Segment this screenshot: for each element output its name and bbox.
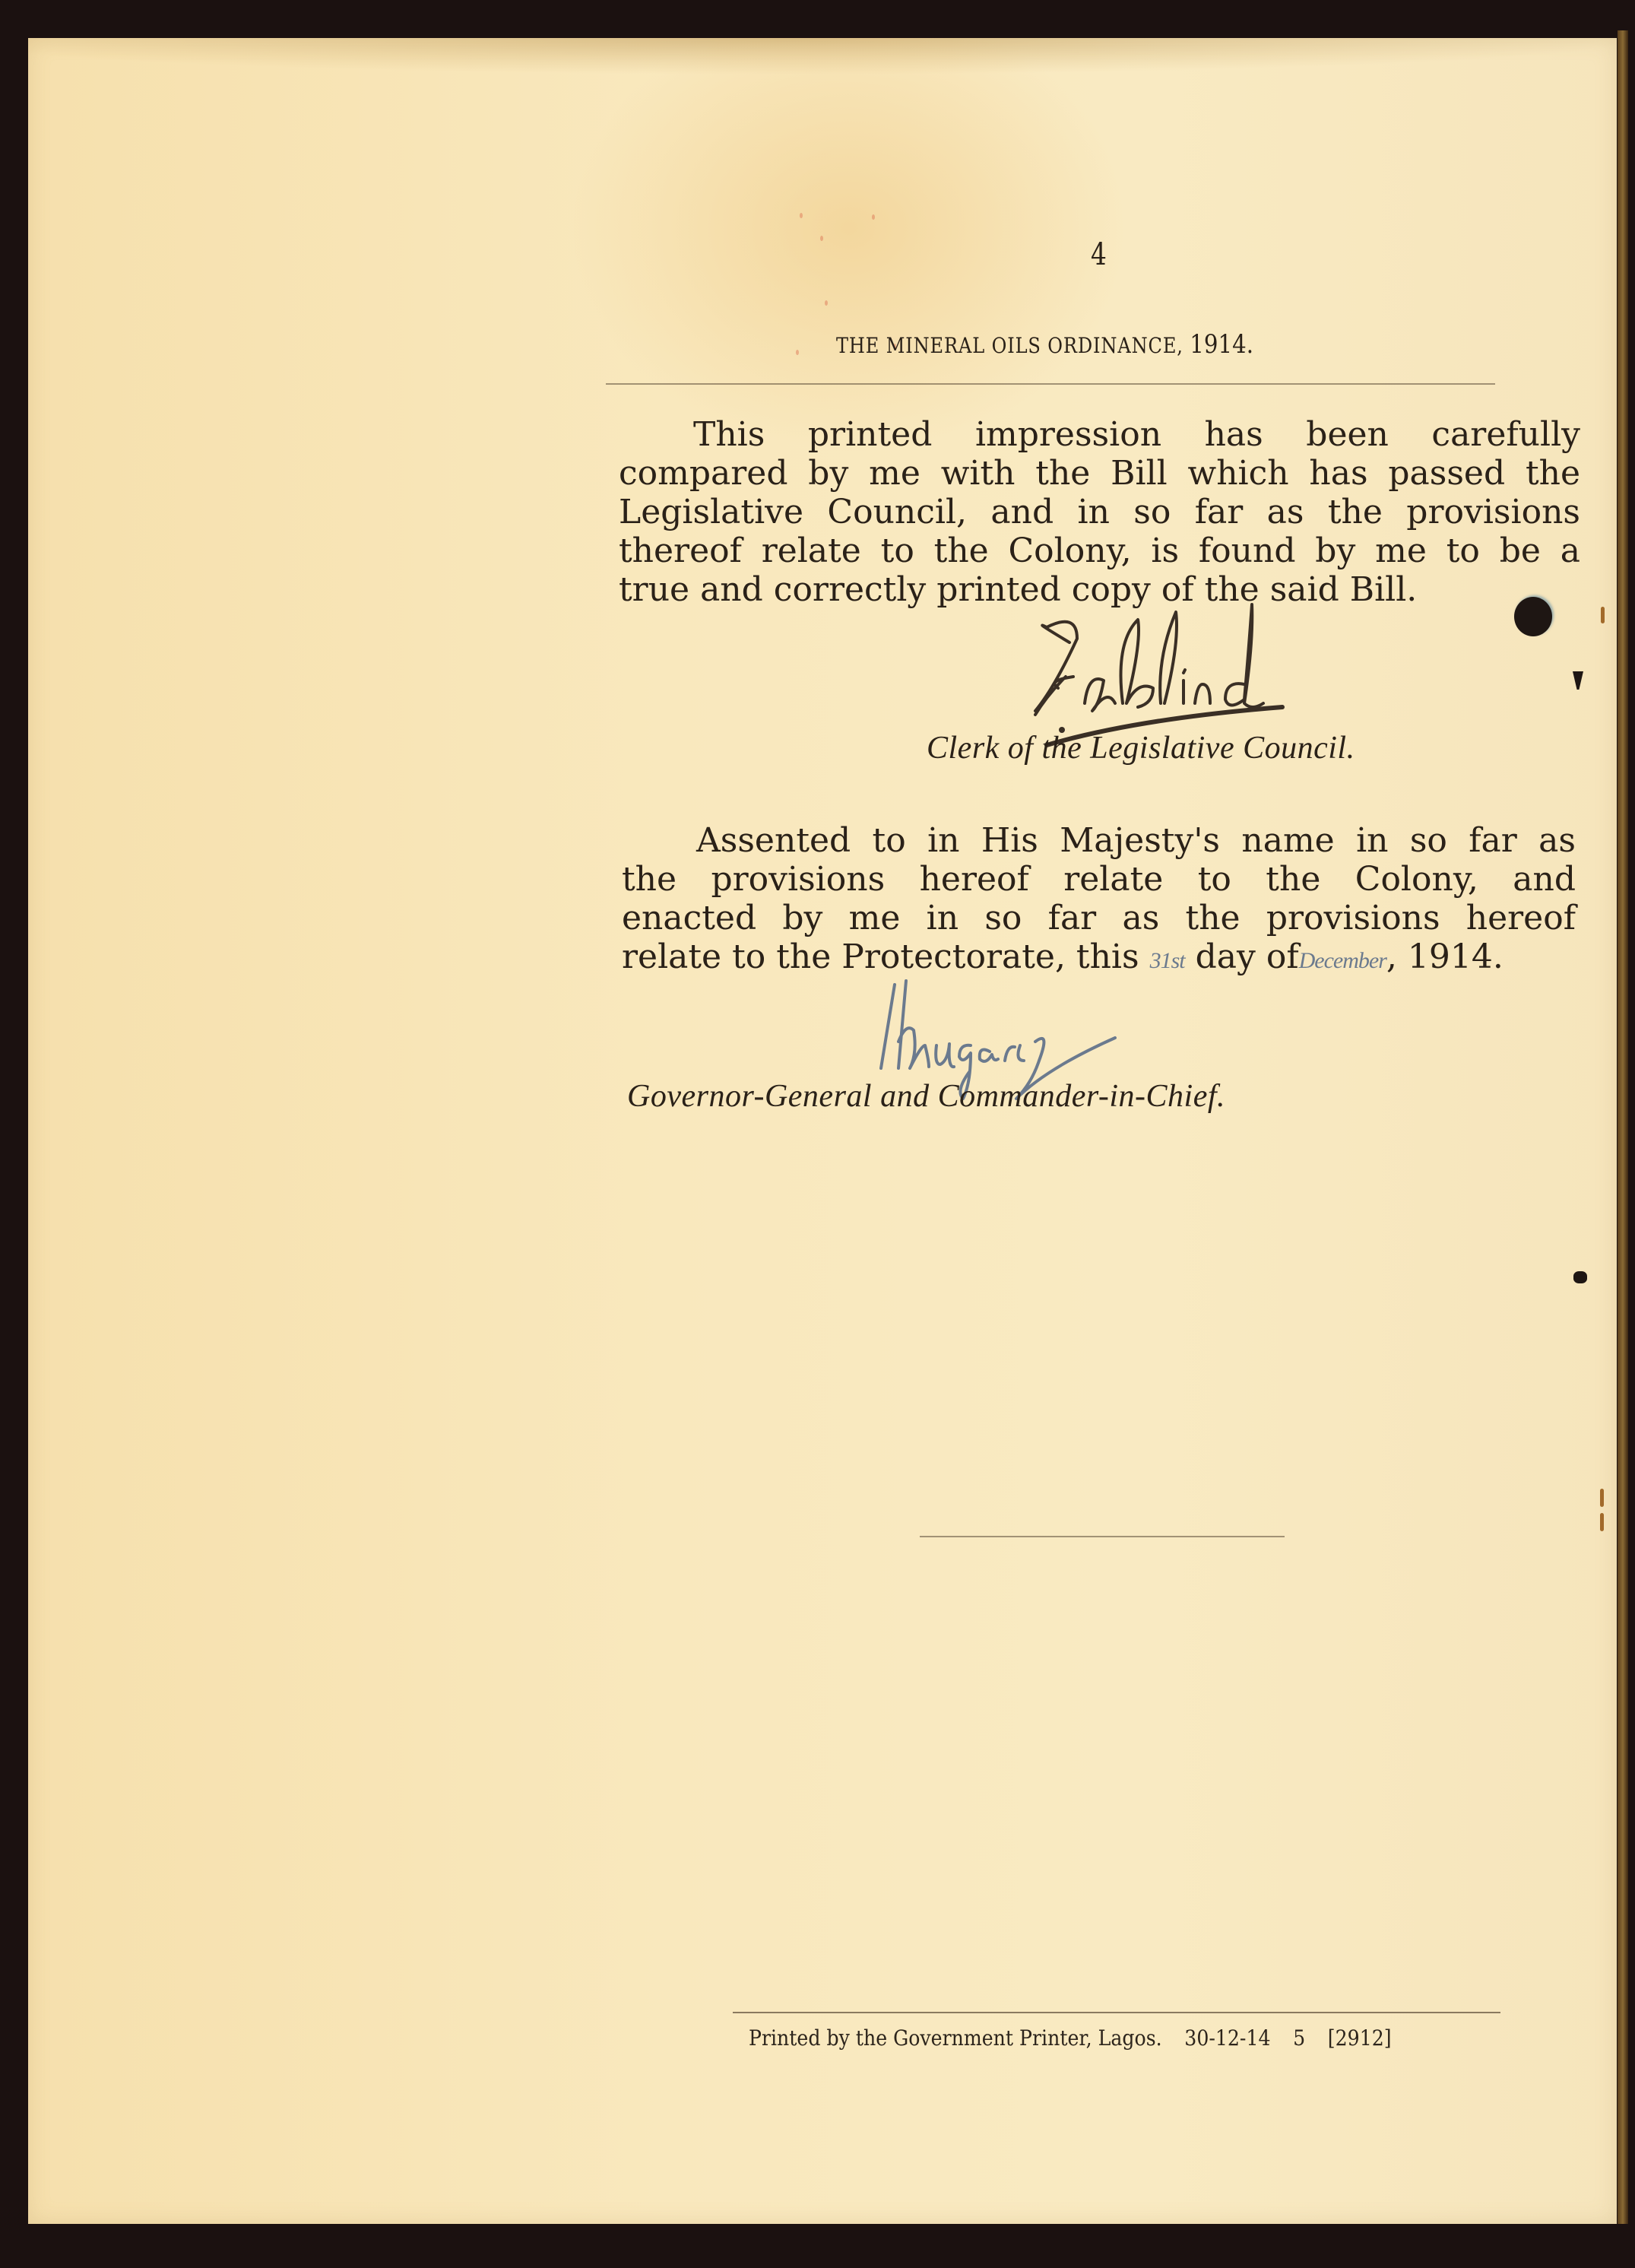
foxing-spot [800,213,803,218]
governor-title: Governor-General and Commander-in-Chief. [627,1078,1225,1115]
foxing-spot [820,236,823,241]
printer-name: Printed by the Government Printer, Lagos… [749,2025,1162,2051]
foxing-spot [796,350,799,355]
running-head-title: THE MINERAL OILS ORDINANCE, [836,333,1183,358]
edge-tear [1573,671,1583,690]
running-head: THE MINERAL OILS ORDINANCE, 1914. [836,329,1253,360]
certification-paragraph: This printed impression has been careful… [619,415,1580,609]
certification-line: Legislative Council, and in so far as th… [619,493,1580,531]
rust-mark [1600,1489,1604,1507]
end-divider [920,1536,1285,1537]
header-rule [606,383,1495,385]
foxing-spot [872,214,875,220]
assent-line: enacted by me in so far as the provision… [622,899,1576,937]
rust-mark [1600,1513,1604,1531]
copies-count: 5 [1293,2025,1305,2051]
certification-line: thereof relate to the Colony, is found b… [619,531,1580,570]
punch-hole [1514,597,1552,636]
rust-mark [1601,607,1605,623]
foxing-spot [825,300,828,306]
running-head-year: 1914. [1190,329,1253,360]
clerk-signature [1001,597,1328,749]
year-suffix: , 1914. [1386,937,1504,976]
clerk-title: Clerk of the Legislative Council. [927,730,1355,766]
page-number: 4 [1091,237,1107,272]
print-date: 30-12-14 [1184,2025,1270,2051]
certification-line: compared by me with the Bill which has p… [619,454,1580,493]
certification-line: This printed impression has been careful… [619,415,1580,454]
footer-rule [733,2012,1500,2013]
assent-line: Assented to in His Majesty's name in so … [622,821,1576,860]
backing-page-edge [1618,30,1628,2224]
assent-line: the provisions hereof relate to the Colo… [622,860,1576,899]
edge-tear [1573,1271,1587,1283]
job-number: [2912] [1328,2025,1392,2051]
printer-imprint: Printed by the Government Printer, Lagos… [749,2025,1408,2051]
assent-paragraph: Assented to in His Majesty's name in so … [622,821,1576,980]
document-page: 4 THE MINERAL OILS ORDINANCE, 1914. This… [28,38,1617,2224]
handwritten-month: December [1299,948,1386,973]
day-of-label: day of [1196,937,1299,976]
